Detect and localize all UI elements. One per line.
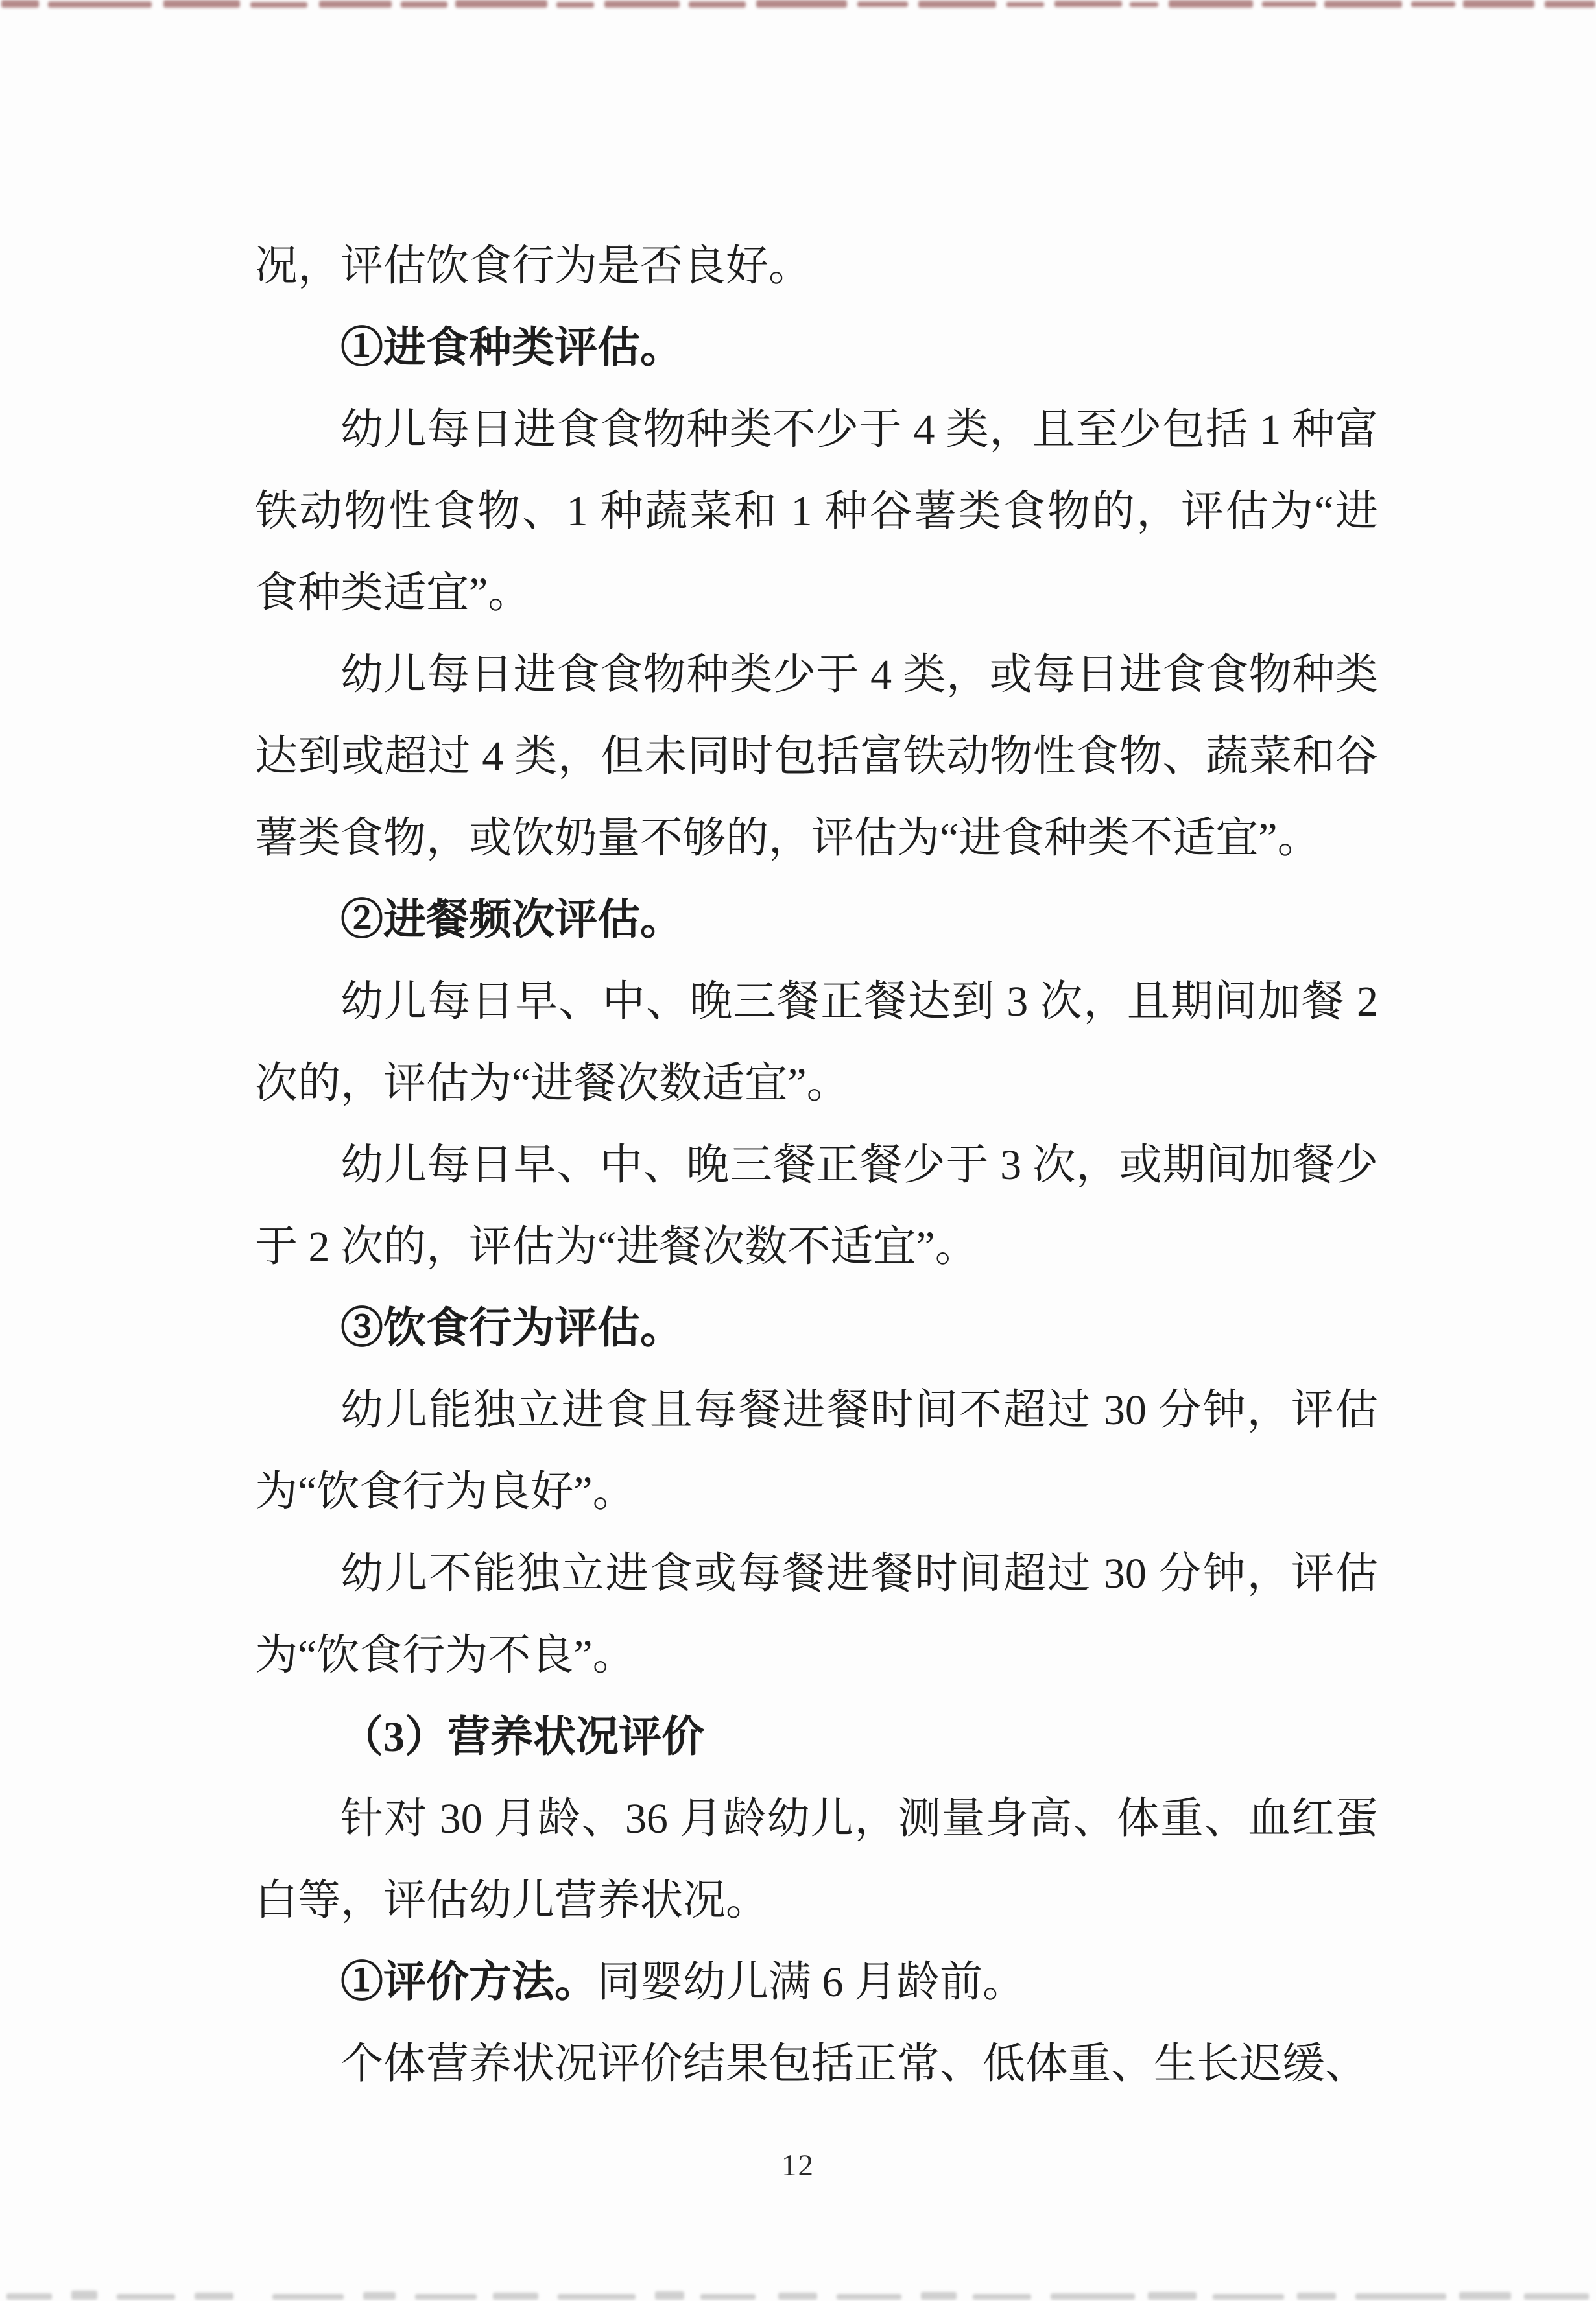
body-text: 幼儿能独立进食且每餐进餐时间不超过 30 分钟，评估 [340,1387,1378,1434]
scan-artifact-mark [363,2292,396,2300]
text-line: 针对 30 月龄、36 月龄幼儿，测量身高、体重、血红蛋 [255,1778,1378,1860]
top-edge-scan-artifacts [0,0,1596,14]
text-line: 个体营养状况评价结果包括正常、低体重、生长迟缓、 [255,2023,1378,2105]
body-text: 幼儿每日早、中、晚三餐正餐少于 3 次，或期间加餐少 [340,1141,1378,1189]
text-line: 薯类食物，或饮奶量不够的，评估为“进食种类不适宜”。 [255,798,1378,879]
scan-artifact-mark [319,1,392,8]
scan-artifact-mark [973,2294,1031,2300]
body-text: 幼儿不能独立进食或每餐进餐时间超过 30 分钟，评估 [340,1550,1378,1597]
body-text: 况，评估饮食行为是否良好。 [255,243,811,290]
scan-artifact-mark [756,0,847,8]
text-line: 幼儿不能独立进食或每餐进餐时间超过 30 分钟，评估 [255,1533,1378,1615]
text-line: 为“饮食行为不良”。 [255,1615,1378,1697]
body-text: 个体营养状况评价结果包括正常、低体重、生长迟缓、 [340,2040,1368,2088]
text-line: 幼儿每日进食食物种类少于 4 类，或每日进食食物种类 [255,634,1378,716]
scan-artifact-mark [1545,1,1595,8]
scan-artifact-mark [1411,1,1455,7]
bottom-edge-scan-artifacts [0,2288,1596,2301]
body-text: 幼儿每日进食食物种类不少于 4 类，且至少包括 1 种富 [340,406,1378,453]
body-text: 幼儿每日早、中、晚三餐正餐达到 3 次，且期间加餐 2 [340,978,1378,1025]
scan-artifact-mark [921,2292,957,2300]
scan-artifact-mark [1148,2292,1197,2300]
text-line: ①进食种类评估。 [255,307,1378,389]
heading-text: ①评价方法。 [340,1959,597,2006]
scan-artifact-mark [558,2294,636,2300]
scan-artifact-mark [1213,2294,1284,2300]
document-page: 况，评估饮食行为是否良好。①进食种类评估。幼儿每日进食食物种类不少于 4 类，且… [0,0,1596,2301]
scan-artifact-mark [1459,2292,1511,2300]
scan-artifact-mark [455,0,547,8]
scan-artifact-mark [1006,2,1044,7]
scan-artifact-mark [1051,2293,1135,2300]
text-line: 幼儿能独立进食且每餐进餐时间不超过 30 分钟，评估 [255,1370,1378,1451]
scan-artifact-mark [1355,2293,1446,2300]
scan-artifact-mark [1,0,39,8]
scan-artifact-mark [163,0,240,8]
scan-artifact-mark [1297,2293,1336,2300]
text-line: 幼儿每日早、中、晚三餐正餐达到 3 次，且期间加餐 2 [255,961,1378,1043]
scan-artifact-mark [1130,2,1158,7]
scan-artifact-mark [48,1,152,8]
body-text: 为“饮食行为不良”。 [255,1632,636,1679]
body-text: 次的，评估为“进餐次数适宜”。 [255,1060,850,1107]
heading-text: ②进餐频次评估。 [340,896,683,944]
scan-artifact-mark [655,2291,684,2300]
text-line: 食种类适宜”。 [255,553,1378,634]
text-line: 白等，评估幼儿营养状况。 [255,1860,1378,1942]
body-text: 食种类适宜”。 [255,569,530,617]
text-line: 达到或超过 4 类，但未同时包括富铁动物性食物、蔬菜和谷 [255,716,1378,798]
scan-artifact-mark [604,1,680,8]
body-text: 薯类食物，或饮奶量不够的，评估为“进食种类不适宜”。 [255,815,1320,862]
text-line: 于 2 次的，评估为“进餐次数不适宜”。 [255,1206,1378,1288]
document-body: 况，评估饮食行为是否良好。①进食种类评估。幼儿每日进食食物种类不少于 4 类，且… [255,226,1378,2105]
scan-artifact-mark [401,1,447,8]
scan-artifact-mark [272,2294,344,2300]
scan-artifact-mark [250,2,307,8]
scan-artifact-mark [6,2293,52,2300]
text-line: 次的，评估为“进餐次数适宜”。 [255,1043,1378,1125]
text-line: 幼儿每日进食食物种类不少于 4 类，且至少包括 1 种富 [255,389,1378,471]
scan-artifact-mark [1463,0,1534,8]
scan-artifact-mark [117,2294,175,2300]
body-text: 铁动物性食物、1 种蔬菜和 1 种谷薯类食物的，评估为“进 [255,488,1378,535]
scan-artifact-mark [837,2294,901,2300]
scan-artifact-mark [493,2293,538,2300]
text-line: ②进餐频次评估。 [255,879,1378,961]
scan-artifact-mark [556,2,594,8]
text-line: 铁动物性食物、1 种蔬菜和 1 种谷薯类食物的，评估为“进 [255,471,1378,553]
heading-text: （3）营养状况评价 [340,1713,704,1761]
scan-artifact-mark [1524,2293,1589,2300]
text-line: （3）营养状况评价 [255,1697,1378,1778]
scan-artifact-mark [1169,0,1253,8]
scan-artifact-mark [71,2291,97,2300]
body-text: 于 2 次的，评估为“进餐次数不适宜”。 [255,1223,978,1270]
scan-artifact-mark [415,2294,477,2300]
scan-artifact-mark [195,2293,233,2300]
heading-text: ①进食种类评估。 [340,324,683,372]
scan-artifact-mark [689,1,746,8]
body-text: 达到或超过 4 类，但未同时包括富铁动物性食物、蔬菜和谷 [255,733,1378,780]
scan-artifact-mark [918,1,996,8]
text-line: 况，评估饮食行为是否良好。 [255,226,1378,307]
body-text: 幼儿每日进食食物种类少于 4 类，或每日进食食物种类 [340,651,1378,698]
text-line: 为“饮食行为良好”。 [255,1451,1378,1533]
scan-artifact-mark [1324,1,1402,8]
body-text: 针对 30 月龄、36 月龄幼儿，测量身高、体重、血红蛋 [340,1795,1378,1842]
scan-artifact-mark [1262,1,1316,7]
scan-artifact-mark [1054,1,1122,7]
scan-artifact-mark [700,2294,756,2300]
text-line: ①评价方法。同婴幼儿满 6 月龄前。 [255,1942,1378,2023]
body-text: 白等，评估幼儿营养状况。 [255,1877,768,1924]
text-line: 幼儿每日早、中、晚三餐正餐少于 3 次，或期间加餐少 [255,1125,1378,1206]
page-number: 12 [0,2148,1596,2183]
scan-artifact-mark [778,2293,817,2300]
heading-text: ③饮食行为评估。 [340,1305,683,1352]
body-text: 为“饮食行为良好”。 [255,1468,636,1516]
text-line: ③饮食行为评估。 [255,1288,1378,1370]
body-text: 同婴幼儿满 6 月龄前。 [597,1959,1025,2006]
scan-artifact-mark [857,1,908,7]
